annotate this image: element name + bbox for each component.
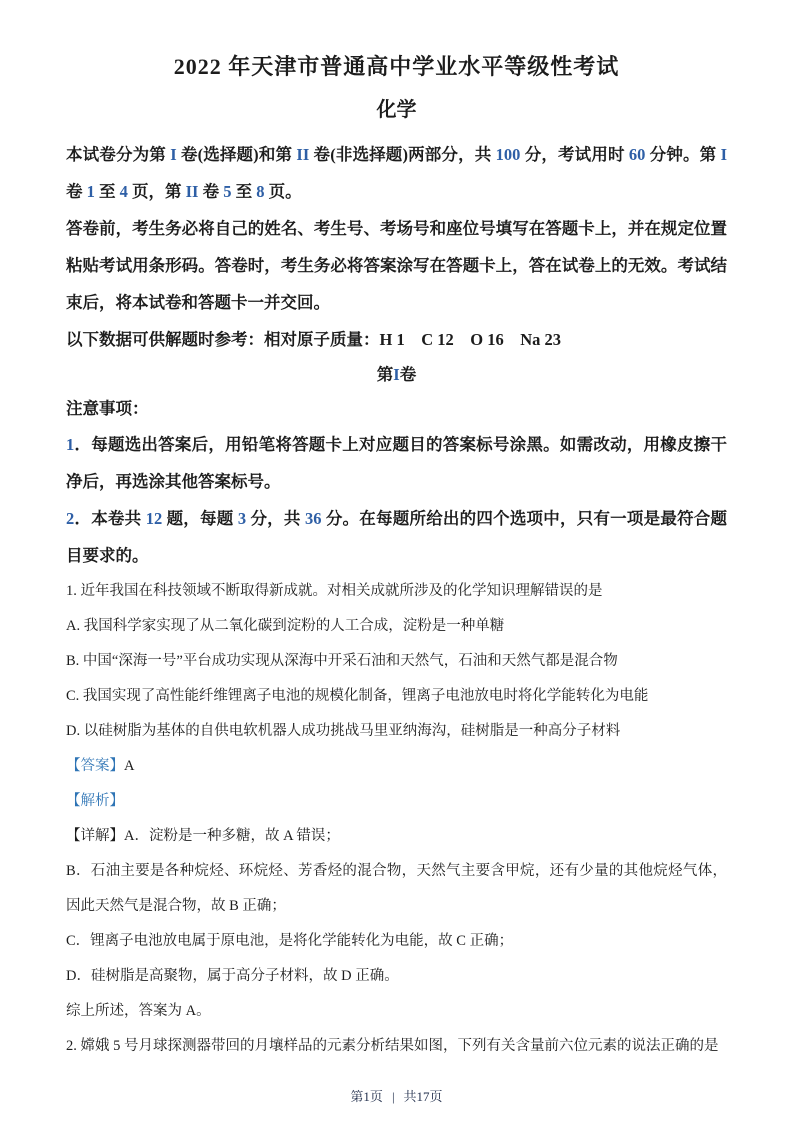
footer-page-number: 第1页 — [350, 1089, 383, 1104]
question-1-option-d: D. 以硅树脂为基体的自供电软机器人成功挑战马里亚纳海沟，硅树脂是一种高分子材料 — [66, 714, 727, 749]
question-1-stem: 1. 近年我国在科技领域不断取得新成就。对相关成就所涉及的化学知识理解错误的是 — [66, 574, 727, 609]
notes-heading: 注意事项： — [66, 392, 727, 426]
answer-label: 【答案】 — [66, 758, 124, 774]
note-item-2: 2．本卷共 12 题，每题 3 分，共 36 分。在每题所给出的四个选项中，只有… — [66, 500, 727, 574]
answer-value: A — [124, 758, 134, 774]
exam-instructions-paragraph: 答卷前，考生务必将自己的姓名、考生号、考场号和座位号填写在答题卡上，并在规定位置… — [66, 210, 727, 321]
page-footer: 第1页|共17页 — [0, 1088, 793, 1106]
exam-info-paragraph: 本试卷分为第 I 卷(选择题)和第 II 卷(非选择题)两部分，共 100 分，… — [66, 136, 727, 210]
footer-separator: | — [392, 1089, 395, 1104]
explanation-line-c: C．锂离子电池放电属于原电池，是将化学能转化为电能，故 C 正确； — [66, 924, 727, 959]
explanation-summary: 综上所述，答案为 A。 — [66, 994, 727, 1029]
section-1-title: 第I卷 — [66, 358, 727, 392]
document-page: 2022 年天津市普通高中学业水平等级性考试 化学 本试卷分为第 I 卷(选择题… — [0, 0, 793, 1122]
exam-title: 2022 年天津市普通高中学业水平等级性考试 — [66, 52, 727, 82]
note-item-1: 1．每题选出答案后，用铅笔将答题卡上对应题目的答案标号涂黑。如需改动，用橡皮擦干… — [66, 426, 727, 500]
footer-total-pages: 共17页 — [404, 1089, 443, 1104]
analysis-label: 【解析】 — [66, 784, 727, 819]
answer-line: 【答案】A — [66, 749, 727, 784]
reference-data-line: 以下数据可供解题时参考：相对原子质量：H 1 C 12 O 16 Na 23 — [66, 321, 727, 358]
explanation-line-a: 【详解】A．淀粉是一种多糖，故 A 错误； — [66, 819, 727, 854]
exam-subject: 化学 — [66, 96, 727, 124]
explanation-line-b: B．石油主要是各种烷烃、环烷烃、芳香烃的混合物，天然气主要含甲烷，还有少量的其他… — [66, 854, 727, 924]
question-2-stem: 2. 嫦娥 5 号月球探测器带回的月壤样品的元素分析结果如图，下列有关含量前六位… — [66, 1029, 727, 1064]
explanation-line-d: D．硅树脂是高聚物，属于高分子材料，故 D 正确。 — [66, 959, 727, 994]
question-1-option-a: A. 我国科学家实现了从二氧化碳到淀粉的人工合成，淀粉是一种单糖 — [66, 609, 727, 644]
question-1-option-b: B. 中国“深海一号”平台成功实现从深海中开采石油和天然气，石油和天然气都是混合… — [66, 644, 727, 679]
question-1-option-c: C. 我国实现了高性能纤维锂离子电池的规模化制备，锂离子电池放电时将化学能转化为… — [66, 679, 727, 714]
